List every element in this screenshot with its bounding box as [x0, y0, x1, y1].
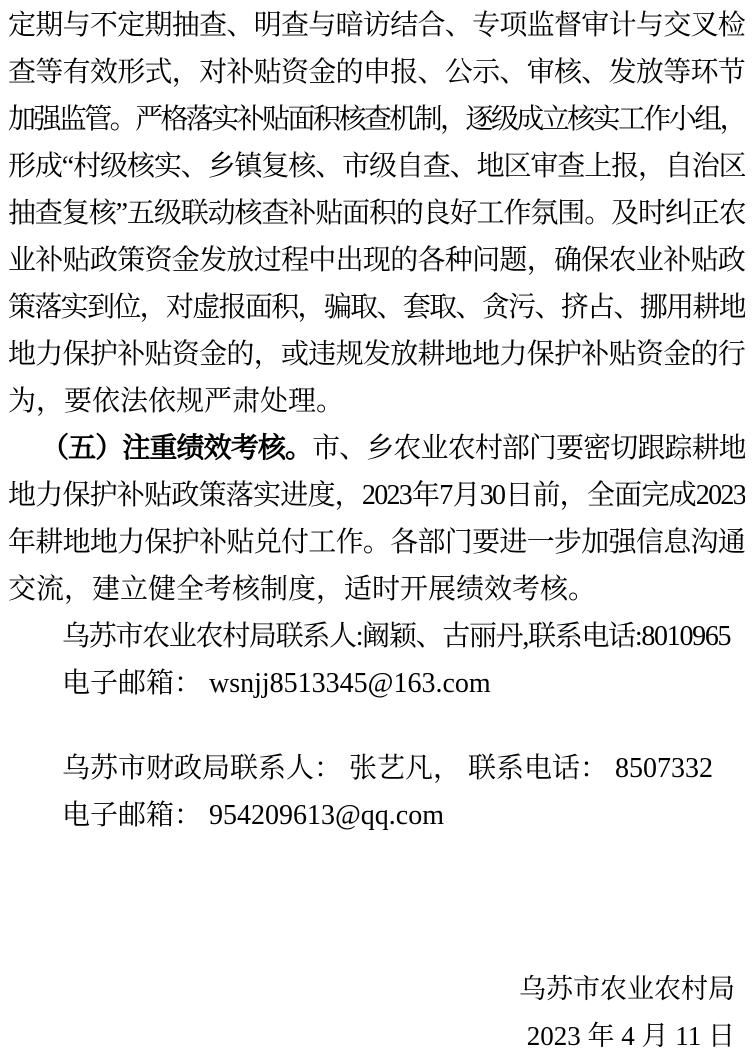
- contact-email-line: 电子邮箱： wsnjj8513345@163.com: [8, 660, 745, 707]
- text-line: 查等有效形式，对补贴资金的申报、公示、审核、发放等环节: [8, 49, 745, 96]
- contact-finance-bureau: 乌苏市财政局联系人： 张艺凡， 联系电话： 8507332 电子邮箱： 9542…: [8, 745, 745, 839]
- text-line: 年耕地地力保护补贴兑付工作。各部门要进一步加强信息沟通: [8, 519, 745, 566]
- text-line: 策落实到位，对虚报面积，骗取、套取、贪污、挤占、挪用耕地: [8, 284, 745, 331]
- text-line: 业补贴政策资金发放过程中出现的各种问题，确保农业补贴政: [8, 237, 745, 284]
- signature-org: 乌苏市农业农村局: [8, 966, 735, 1013]
- contact-email-line: 电子邮箱： 954209613@qq.com: [8, 792, 745, 839]
- text-run: 市、乡农业农村部门要密切跟踪耕地: [312, 433, 745, 464]
- text-line: 形成“村级核实、乡镇复核、市级自查、地区审查上报，自治区: [8, 143, 745, 190]
- contact-agriculture-bureau: 乌苏市农业农村局联系人:阚颖、古丽丹,联系电话:8010965 电子邮箱： ws…: [8, 613, 745, 707]
- text-line: 为，要依法依规严肃处理。: [8, 378, 745, 425]
- text-line: 交流，建立健全考核制度，适时开展绩效考核。: [8, 566, 745, 613]
- contact-person-line: 乌苏市农业农村局联系人:阚颖、古丽丹,联系电话:8010965: [8, 613, 745, 660]
- section-heading: （五）注重绩效考核。: [41, 433, 312, 464]
- paragraph-performance-assessment: （五）注重绩效考核。市、乡农业农村部门要密切跟踪耕地 地力保护补贴政策落实进度，…: [8, 425, 745, 613]
- text-line: （五）注重绩效考核。市、乡农业农村部门要密切跟踪耕地: [8, 425, 745, 472]
- text-line: 加强监管。严格落实补贴面积核查机制，逐级成立核实工作小组，: [8, 96, 745, 143]
- text-line: 地力保护补贴政策落实进度，2023年7月30日前，全面完成2023: [8, 472, 745, 519]
- signature-date: 2023 年 4 月 11 日: [8, 1013, 735, 1052]
- text-line: 定期与不定期抽查、明查与暗访结合、专项监督审计与交叉检: [8, 2, 745, 49]
- contact-person-line: 乌苏市财政局联系人： 张艺凡， 联系电话： 8507332: [8, 745, 745, 792]
- text-line: 地力保护补贴资金的，或违规发放耕地地力保护补贴资金的行: [8, 331, 745, 378]
- text-line: 抽查复核”五级联动核查补贴面积的良好工作氛围。及时纠正农: [8, 190, 745, 237]
- document-page: 定期与不定期抽查、明查与暗访结合、专项监督审计与交叉检 查等有效形式，对补贴资金…: [0, 0, 752, 1052]
- paragraph-supervision: 定期与不定期抽查、明查与暗访结合、专项监督审计与交叉检 查等有效形式，对补贴资金…: [8, 2, 745, 425]
- signature-block: 乌苏市农业农村局 2023 年 4 月 11 日: [8, 966, 745, 1052]
